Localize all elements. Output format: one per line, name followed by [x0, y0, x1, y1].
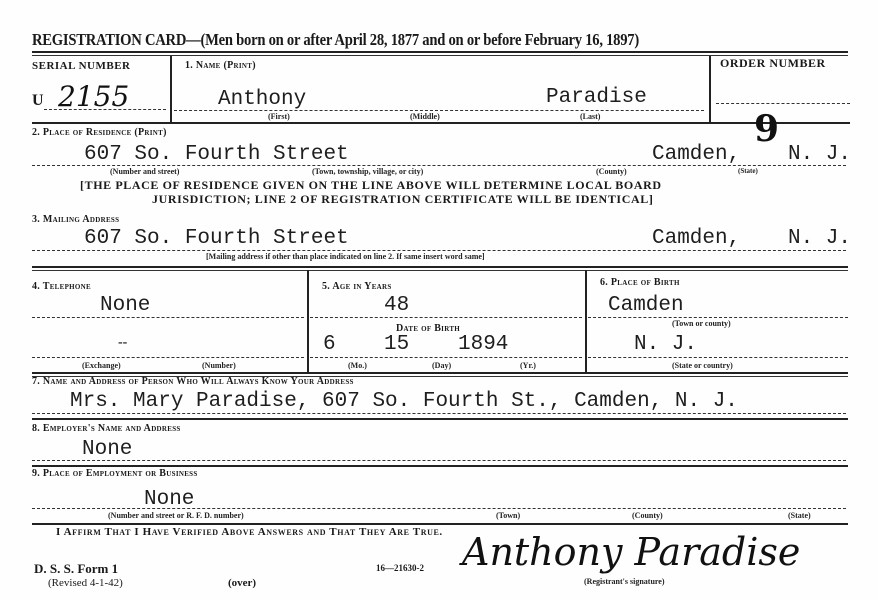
residence-notice-line2: JURISDICTION; LINE 2 OF REGISTRATION CER… — [152, 192, 653, 206]
form-number: D. S. S. Form 1 — [34, 561, 118, 577]
employment-street-caption: (Number and street or R. F. D. number) — [108, 511, 244, 520]
employment-place-label: 9. Place of Employment or Business — [32, 468, 198, 479]
birthplace-state-line — [588, 357, 848, 358]
dob-year-caption: (Yr.) — [520, 361, 536, 370]
birthplace-label: 6. Place of Birth — [600, 277, 680, 288]
age-label: 5. Age in Years — [322, 281, 392, 292]
residence-state: N. J. — [788, 143, 851, 166]
name-label: 1. Name (Print) — [185, 60, 256, 71]
employer-line — [32, 460, 846, 461]
registrant-signature: Anthony Paradise — [462, 530, 800, 574]
signature-caption: (Registrant's signature) — [584, 577, 665, 586]
name-first-caption: (First) — [268, 112, 290, 121]
dob-month-caption: (Mo.) — [348, 361, 367, 370]
age-value: 48 — [384, 294, 409, 317]
employer-label: 8. Employer's Name and Address — [32, 423, 181, 434]
age-line — [310, 317, 582, 318]
employment-place-line — [32, 508, 846, 509]
birthplace-state-caption: (State or country) — [672, 361, 733, 370]
birthplace-town-line — [588, 317, 848, 318]
employment-state-caption: (State) — [788, 511, 811, 520]
divider — [709, 56, 711, 122]
telephone-exchange-value: -- — [118, 335, 127, 351]
mailing-note: [Mailing address if other than place ind… — [206, 252, 485, 261]
printing-code: 16—21630-2 — [376, 563, 424, 573]
employment-town-caption: (Town) — [496, 511, 520, 520]
affirmation-text: I Affirm That I Have Verified Above Answ… — [56, 526, 443, 538]
row-rule — [32, 465, 848, 467]
dob-line — [310, 357, 582, 358]
residence-line — [32, 165, 846, 166]
row-rule — [32, 523, 848, 525]
name-first: Anthony — [218, 88, 306, 111]
contact-label: 7. Name and Address of Person Who Will A… — [32, 376, 354, 387]
contact-line — [32, 413, 846, 414]
name-line — [174, 110, 704, 111]
dob-year: 1894 — [458, 333, 508, 356]
over-note: (over) — [228, 577, 256, 589]
divider — [307, 270, 309, 372]
mailing-label: 3. Mailing Address — [32, 214, 119, 225]
telephone-exchange-caption: (Exchange) — [82, 361, 121, 370]
residence-street-caption: (Number and street) — [110, 167, 179, 176]
birthplace-town: Camden — [608, 294, 684, 317]
contact-value: Mrs. Mary Paradise, 607 So. Fourth St., … — [70, 390, 738, 413]
order-number-label: ORDER NUMBER — [720, 56, 826, 71]
telephone-number-line — [32, 357, 304, 358]
serial-number-label: SERIAL NUMBER — [32, 60, 131, 72]
name-middle-caption: (Middle) — [410, 112, 440, 121]
employer-value: None — [82, 438, 132, 461]
serial-line — [44, 109, 166, 110]
employment-county-caption: (County) — [632, 511, 663, 520]
serial-prefix: U — [32, 92, 44, 110]
divider — [585, 270, 587, 372]
row-rule — [32, 418, 848, 420]
residence-notice-line1: [THE PLACE OF RESIDENCE GIVEN ON THE LIN… — [80, 178, 662, 192]
form-revised: (Revised 4-1-42) — [48, 577, 123, 589]
residence-label: 2. Place of Residence (Print) — [32, 127, 167, 138]
name-last-caption: (Last) — [580, 112, 600, 121]
residence-state-caption: (State) — [738, 167, 758, 175]
telephone-value: None — [100, 294, 150, 317]
residence-town-caption: (Town, township, village, or city) — [312, 167, 423, 176]
birthplace-town-caption: (Town or county) — [672, 319, 731, 328]
residence-street: 607 So. Fourth Street — [84, 143, 349, 166]
dob-day: 15 — [384, 333, 409, 356]
order-number-line — [716, 103, 850, 104]
mailing-town: Camden, — [652, 227, 740, 250]
mailing-state: N. J. — [788, 227, 851, 250]
name-last: Paradise — [546, 86, 647, 109]
telephone-number-caption: (Number) — [202, 361, 236, 370]
telephone-label: 4. Telephone — [32, 281, 91, 292]
card-title: REGISTRATION CARD—(Men born on or after … — [32, 30, 639, 50]
telephone-line — [32, 317, 304, 318]
mailing-line — [32, 250, 846, 251]
residence-annotation: 9 — [754, 108, 779, 150]
divider — [170, 56, 172, 122]
residence-town: Camden, — [652, 143, 740, 166]
row-rule — [32, 122, 850, 124]
dob-month: 6 — [323, 333, 336, 356]
mailing-street: 607 So. Fourth Street — [84, 227, 349, 250]
residence-county-caption: (County) — [596, 167, 627, 176]
birthplace-state: N. J. — [634, 333, 697, 356]
row-rule — [32, 266, 848, 271]
dob-day-caption: (Day) — [432, 361, 451, 370]
